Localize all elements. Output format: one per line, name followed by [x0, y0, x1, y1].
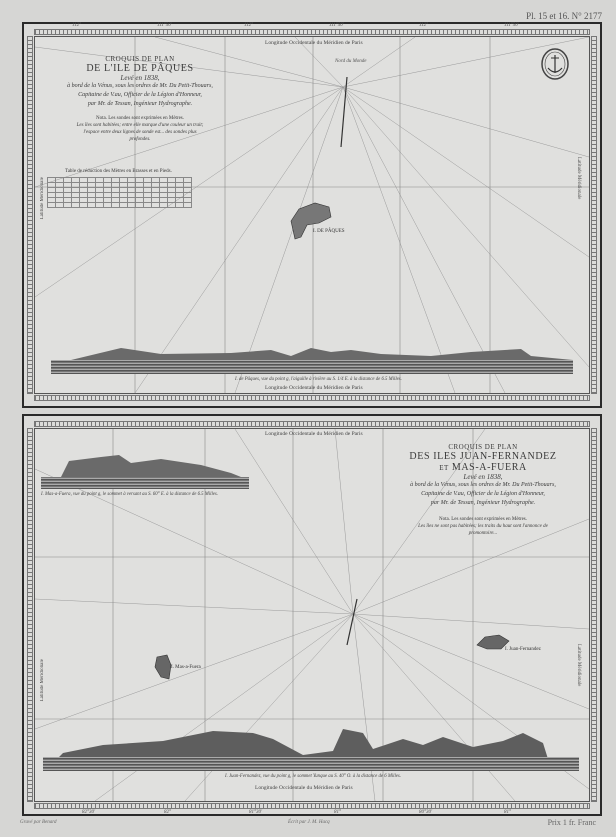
latitude-scale-left: [27, 428, 33, 802]
title-block: CROQUIS DE PLAN DES ILES JUAN-FERNANDEZ …: [383, 443, 583, 537]
meridian-label-bottom: Longitude Occidentale du Méridien de Par…: [265, 385, 363, 391]
latitude-label-left: Latitude Méridionale: [40, 177, 45, 219]
longitude-scale-top: [34, 421, 590, 427]
footer-engraved-by: Écrit par J. M. Hacq: [288, 820, 330, 825]
map-area: Longitude Occidentale du Méridien de Par…: [34, 36, 590, 394]
easter-island-shape: [285, 199, 335, 245]
island-profile-juanfernandez: [43, 727, 579, 771]
credit-line2: Capitaine de V.au, Officier de la Légion…: [55, 91, 225, 100]
note-title: Nota. Les sondes sont exprimées en Mètre…: [383, 516, 583, 523]
anchor-icon: [540, 47, 570, 81]
note-body: Les îles sont habitées; entre elle marqu…: [55, 122, 225, 143]
table-title: Table de réduction des Mètres en Brasses…: [65, 168, 172, 175]
longitude-scale-bottom: [34, 803, 590, 809]
subtitle: Levé en 1838,: [55, 74, 225, 82]
latitude-scale-right: [591, 428, 597, 802]
sea-hatching: [41, 477, 249, 489]
meridian-label-bottom: Longitude Occidentale du Méridien de Par…: [255, 785, 353, 791]
longitude-tick: 111°50': [504, 23, 519, 28]
longitude-tick: 112°: [419, 23, 428, 28]
longitude-tick: 81°: [504, 810, 511, 815]
plate-number: Pl. 15 et 16. N° 2177: [526, 11, 602, 21]
rose-label: Nord du Monde: [335, 59, 366, 64]
profile-caption: I. de Pâques, vue du point g, l'aiguille…: [235, 377, 402, 382]
conversion-table: [47, 177, 192, 208]
credit-line2: Capitaine de V.au, Officier de la Légion…: [383, 490, 583, 499]
longitude-tick: 112°: [244, 23, 253, 28]
longitude-tick: 111°50': [157, 23, 172, 28]
inset-caption: I. Mas-a-Fuera, vue du point g, le somme…: [41, 492, 218, 497]
longitude-tick: 81°30': [249, 810, 262, 815]
island-label-masafuera: I. Mas-a-Fuera: [171, 665, 201, 670]
sea-hatching: [51, 360, 573, 374]
footer-price: Prix 1 fr. Franc: [548, 818, 596, 827]
map-area: Longitude Occidentale du Méridien de Par…: [34, 428, 590, 802]
meridian-label-top: Longitude Occidentale du Méridien de Par…: [265, 431, 363, 437]
island-label-juanfernandez: I. Juan-Fernandez: [505, 647, 541, 652]
sea-hatching: [43, 757, 579, 771]
island-profile-view: [51, 340, 573, 374]
latitude-scale-left: [27, 36, 33, 394]
title-line1: CROQUIS DE PLAN: [383, 443, 583, 451]
latitude-label-right: Latitude Méridionale: [576, 644, 581, 686]
longitude-tick: 111°50': [329, 23, 344, 28]
title-block: CROQUIS DE PLAN DE L'ILE DE PÂQUES Levé …: [55, 55, 225, 143]
title-line2: DES ILES JUAN-FERNANDEZ: [383, 451, 583, 462]
longitude-tick: 82°30': [82, 810, 95, 815]
longitude-scale-top: [34, 29, 590, 35]
credit-line3: par Mr. de Tessan, Ingénieur Hydrographe…: [55, 100, 225, 109]
map-juan-fernandez: 82°30' 82° 81°30' 81° 80°30' 81° Longi: [22, 414, 602, 816]
title-line2: DE L'ILE DE PÂQUES: [55, 63, 225, 74]
credit-line1: à bord de la Vénus, sous les ordres de M…: [383, 481, 583, 490]
title-et: ET: [439, 464, 449, 472]
longitude-tick: 81°: [334, 810, 341, 815]
footer-drawn-by: Gravé par Benard: [20, 820, 56, 825]
longitude-tick: 80°30': [419, 810, 432, 815]
latitude-label-left: Latitude Méridionale: [40, 659, 45, 701]
title-line1: CROQUIS DE PLAN: [55, 55, 225, 63]
note-body: Les îles ne sont pas habitées; les trait…: [383, 523, 583, 537]
longitude-tick: 112°: [72, 23, 81, 28]
credit-line3: par Mr. de Tessan, Ingénieur Hydrographe…: [383, 499, 583, 508]
profile-caption: I. Juan-Fernandez, vue du point g, le so…: [225, 774, 401, 779]
subtitle: Levé en 1838,: [383, 473, 583, 481]
credit-line1: à bord de la Vénus, sous les ordres de M…: [55, 82, 225, 91]
latitude-scale-right: [591, 36, 597, 394]
note-title: Nota. Les sondes sont exprimées en Mètre…: [55, 115, 225, 122]
longitude-tick: 82°: [164, 810, 171, 815]
longitude-scale-bottom: [34, 395, 590, 401]
meridian-label-top: Longitude Occidentale du Méridien de Par…: [265, 40, 363, 46]
island-label: I. DE PÂQUES: [313, 229, 345, 234]
map-easter-island: 112° 111°50' 112° 111°50' 112° 111°50': [22, 22, 602, 408]
latitude-label-right: Latitude Méridionale: [576, 157, 581, 199]
inset-profile-masafuera: [41, 451, 249, 489]
title-line3: MAS-A-FUERA: [452, 462, 527, 473]
